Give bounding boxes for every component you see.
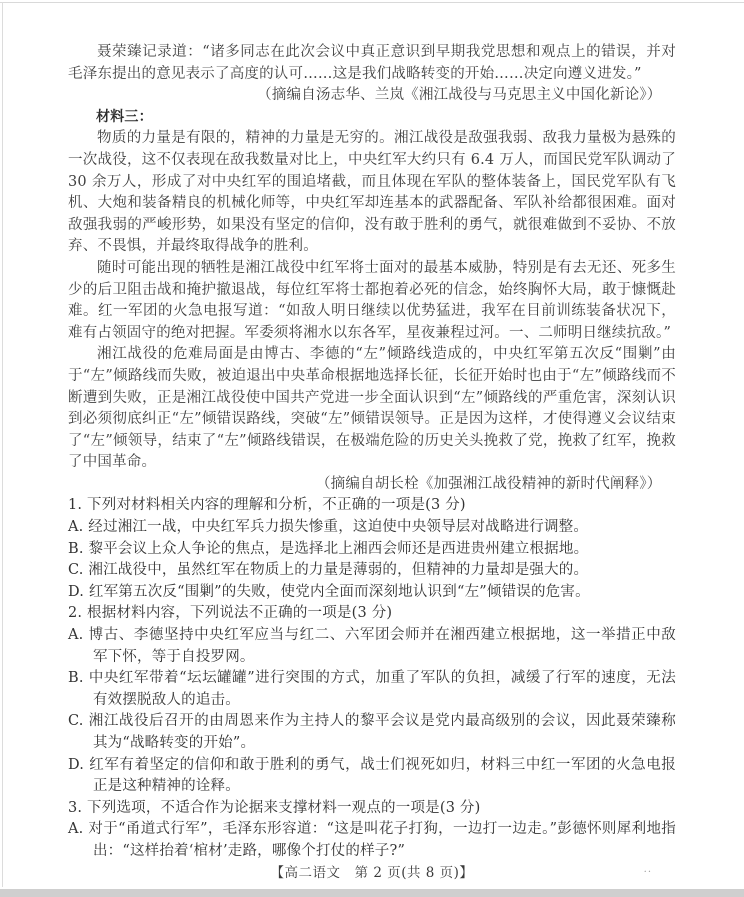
question-1-option-d: D. 红军第五次反“围剿”的失败，使党内全面而深刻地认识到“左”倾错误的危害。	[68, 582, 676, 604]
question-2-option-c: C. 湘江战役后召开的由周恩来作为主持人的黎平会议是党内最高级别的会议，因此聂荣…	[68, 711, 676, 754]
question-1-option-b: B. 黎平会议上众人争论的焦点，是选择北上湘西会师还是西进贵州建立根据地。	[68, 539, 676, 561]
material-three-paragraph-3: 湘江战役的危难局面是由博古、李德的“左”倾路线造成的，中央红军第五次反“围剿”由…	[68, 344, 676, 474]
question-2-option-b: B. 中央红军带着“坛坛罐罐”进行突围的方式，加重了军队的负担，减缓了行军的速度…	[68, 668, 676, 711]
question-2-stem: 2. 根据材料内容，下列说法不正确的一项是(3 分)	[68, 603, 676, 625]
scan-artifact: ..	[644, 864, 652, 875]
question-2-option-d: D. 红军有着坚定的信仰和敢于胜利的勇气，战士们视死如归，材料三中红一军团的火急…	[68, 755, 676, 798]
question-1-stem: 1. 下列对材料相关内容的理解和分析，不正确的一项是(3 分)	[68, 495, 676, 517]
material-three-paragraph-1: 物质的力量是有限的，精神的力量是无穷的。湘江战役是敌强我弱、敌我力量极为悬殊的一…	[68, 128, 676, 258]
question-1-option-a: A. 经过湘江一战，中央红军兵力损失惨重，这迫使中央领导层对战略进行调整。	[68, 517, 676, 539]
question-1: 1. 下列对材料相关内容的理解和分析，不正确的一项是(3 分) A. 经过湘江一…	[68, 495, 676, 603]
question-3-option-a: A. 对于“甬道式行军”，毛泽东形容道：“这是叫花子打狗，一边打一边走。”彭德怀…	[68, 819, 676, 862]
material-three-heading: 材料三：	[68, 107, 676, 129]
page-footer: 【高二语文 第 2 页(共 8 页)】	[0, 861, 744, 881]
material-two-closing-paragraph: 聂荣臻记录道：“诸多同志在此次会议中真正意识到早期我党思想和观点上的错误，并对毛…	[68, 42, 676, 85]
question-3-stem: 3. 下列选项，不适合作为论据来支撑材料一观点的一项是(3 分)	[68, 798, 676, 820]
page-content: 聂荣臻记录道：“诸多同志在此次会议中真正意识到早期我党思想和观点上的错误，并对毛…	[68, 42, 676, 863]
material-two-attribution: （摘编自汤志华、兰岚《湘江战役与马克思主义中国化新论》）	[68, 85, 676, 107]
page-edge-bottom	[0, 889, 744, 897]
page-edge-top	[0, 2, 744, 3]
question-2-option-a: A. 博古、李德坚持中央红军应当与红二、六军团会师并在湘西建立根据地，这一举措正…	[68, 625, 676, 668]
material-three-paragraph-2: 随时可能出现的牺牲是湘江战役中红军将士面对的最基本威胁，特别是有去无还、死多生少…	[68, 258, 676, 344]
material-three-attribution: （摘编自胡长栓《加强湘江战役精神的新时代阐释》）	[68, 474, 676, 496]
question-2: 2. 根据材料内容，下列说法不正确的一项是(3 分) A. 博古、李德坚持中央红…	[68, 603, 676, 797]
question-1-option-c: C. 湘江战役中，虽然红军在物质上的力量是薄弱的，但精神的力量却是强大的。	[68, 560, 676, 582]
question-3: 3. 下列选项，不适合作为论据来支撑材料一观点的一项是(3 分) A. 对于“甬…	[68, 798, 676, 863]
page-edge-left	[2, 2, 3, 887]
exam-page: 聂荣臻记录道：“诸多同志在此次会议中真正意识到早期我党思想和观点上的错误，并对毛…	[0, 0, 744, 897]
